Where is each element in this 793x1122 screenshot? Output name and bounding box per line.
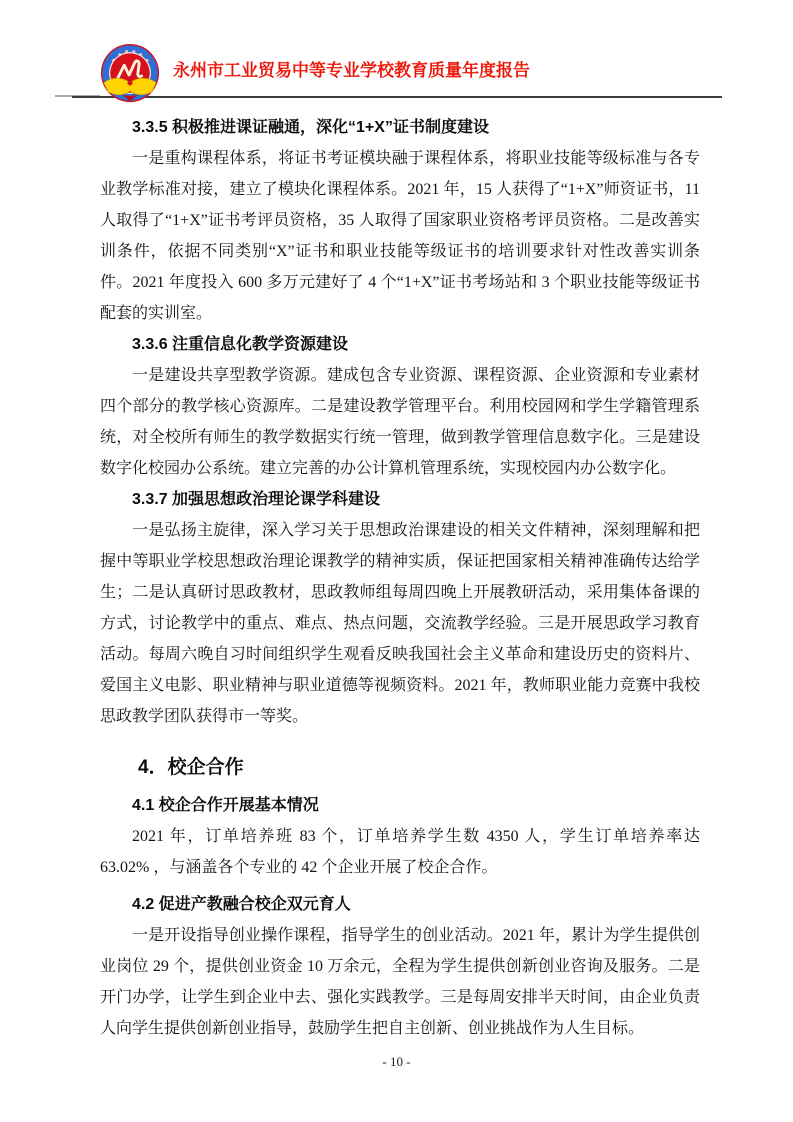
report-header-title: 永州市工业贸易中等专业学校教育质量年度报告	[173, 61, 530, 80]
heading-3-3-7: 3.3.7 加强思想政治理论课学科建设	[100, 484, 700, 515]
paragraph-3-3-6: 一是建设共享型教学资源。建成包含专业资源、课程资源、企业资源和专业素材四个部分的…	[100, 360, 700, 484]
paragraph-3-3-7: 一是弘扬主旋律，深入学习关于思想政治课建设的相关文件精神，深刻理解和把握中等职业…	[100, 515, 700, 732]
page-number: - 10 -	[0, 1054, 793, 1070]
header-rule	[72, 96, 722, 98]
heading-4-2: 4.2 促进产教融合校企双元育人	[100, 889, 700, 920]
paragraph-3-3-5: 一是重构课程体系，将证书考证模块融于课程体系，将职业技能等级标准与各专业教学标准…	[100, 143, 700, 329]
heading-3-3-5: 3.3.5 积极推进课证融通，深化“1+X”证书制度建设	[100, 112, 700, 143]
heading-chapter-4: 4．校企合作	[100, 750, 700, 786]
school-badge-icon	[98, 43, 162, 105]
paragraph-4-1: 2021 年，订单培养班 83 个，订单培养学生数 4350 人，学生订单培养率…	[100, 821, 700, 883]
document-content: 3.3.5 积极推进课证融通，深化“1+X”证书制度建设 一是重构课程体系，将证…	[100, 112, 700, 1050]
report-page: 永州市工业贸易中等专业学校教育质量年度报告 3.3.5 积极推进课证融通，深化“…	[0, 0, 793, 1122]
heading-4-1: 4.1 校企合作开展基本情况	[100, 790, 700, 821]
heading-3-3-6: 3.3.6 注重信息化教学资源建设	[100, 329, 700, 360]
paragraph-4-2: 一是开设指导创业操作课程，指导学生的创业活动。2021 年，累计为学生提供创业岗…	[100, 920, 700, 1044]
